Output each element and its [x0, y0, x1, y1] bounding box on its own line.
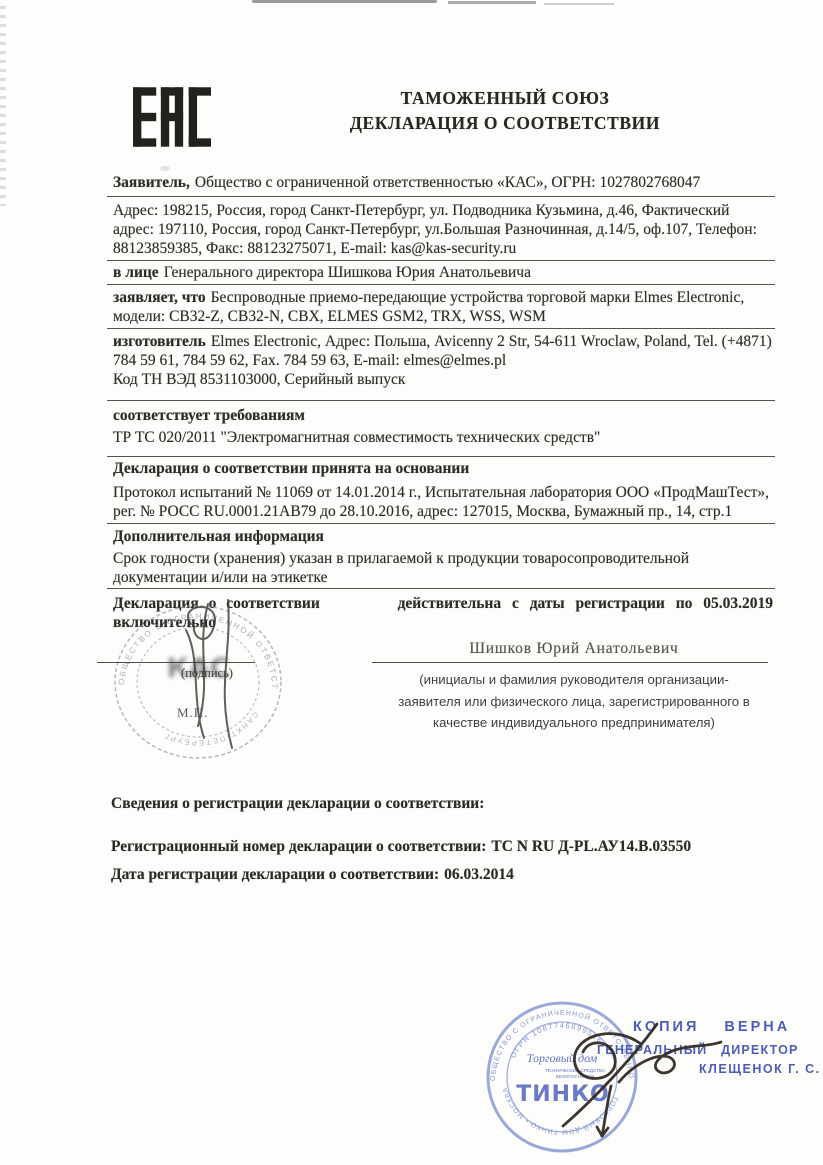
row-address: Адрес: 198215, Россия, город Санкт-Петер… — [107, 197, 775, 261]
row-declares: заявляет, чтоБеспроводные приемо-передаю… — [107, 285, 775, 329]
registration-section: Сведения о регистрации декларации о соот… — [111, 795, 775, 884]
row-additional-info: Дополнительная информация Срок годности … — [107, 524, 775, 589]
signature-note-line3: качестве индивидуального предпринимателя… — [376, 712, 772, 734]
title-line-2: ДЕКЛАРАЦИЯ О СООТВЕТСТВИИ — [235, 111, 775, 136]
eac-logo-icon — [133, 84, 211, 150]
signature-caption: (подпись) — [152, 666, 262, 681]
scan-artifact-top — [448, 1, 536, 4]
declares-label: заявляет, что — [113, 289, 206, 306]
signature-note: (инициалы и фамилия руководителя организ… — [376, 669, 772, 734]
signature-line-left — [97, 662, 255, 663]
director-signature — [545, 1008, 735, 1143]
registration-date-value: 06.03.2014 — [444, 866, 514, 883]
complies-label: соответствует требованиям — [113, 406, 768, 425]
registration-number-label: Регистрационный номер декларации о соотв… — [111, 838, 486, 855]
address-value: Адрес: 198215, Россия, город Санкт-Петер… — [113, 202, 757, 257]
scan-artifact-top — [544, 3, 614, 5]
tn-ved-value: Код ТН ВЭД 8531103000, Серийный выпуск — [113, 370, 773, 389]
additional-info-value: Срок годности (хранения) указан в прилаг… — [113, 549, 773, 587]
registration-date-label: Дата регистрации декларации о соответств… — [111, 866, 439, 883]
title-line-1: ТАМОЖЕННЫЙ СОЮЗ — [235, 86, 775, 111]
signature-note-line1: (инициалы и фамилия руководителя организ… — [376, 669, 772, 691]
row-basis: Декларация о соответствии принята на осн… — [107, 457, 775, 524]
applicant-value: Общество с ограниченной ответственностью… — [195, 174, 700, 191]
registration-number-value: ТС N RU Д-PL.АУ14.В.03550 — [491, 838, 691, 855]
scan-artifact-top — [252, 0, 437, 3]
scan-artifact-left-edge — [0, 6, 6, 206]
signature-note-line2: заявителя или физического лица, зарегист… — [376, 691, 772, 713]
manufacturer-value: Elmes Electronic, Адрес: Польша, Avicenn… — [113, 333, 772, 369]
applicant-label: Заявитель, — [113, 174, 190, 191]
represented-by-value: Генерального директора Шишкова Юрия Анат… — [164, 264, 531, 281]
declares-value: Беспроводные приемо-передающие устройств… — [113, 289, 744, 325]
declaration-table: Заявитель,Общество с ограниченной ответс… — [107, 170, 775, 636]
basis-label: Декларация о соответствии принята на осн… — [113, 459, 768, 478]
registration-heading: Сведения о регистрации декларации о соот… — [111, 795, 775, 813]
complies-value: ТР ТС 020/2011 "Электромагнитная совмест… — [113, 428, 773, 447]
mp-seal-label: М.П. — [177, 705, 208, 721]
document-title: ТАМОЖЕННЫЙ СОЮЗ ДЕКЛАРАЦИЯ О СООТВЕТСТВИ… — [235, 86, 775, 136]
signature-line-right — [372, 662, 768, 663]
registration-date-line: Дата регистрации декларации о соответств… — [111, 866, 775, 884]
row-applicant: Заявитель,Общество с ограниченной ответс… — [107, 170, 775, 197]
row-complies-with: соответствует требованиям ТР ТС 020/2011… — [107, 401, 775, 457]
basis-value: Протокол испытаний № 11069 от 14.01.2014… — [113, 483, 773, 521]
registration-number-line: Регистрационный номер декларации о соотв… — [111, 838, 775, 856]
signatory-name: Шишков Юрий Анатольевич — [378, 640, 770, 658]
row-represented-by: в лицеГенерального директора Шишкова Юри… — [107, 261, 775, 285]
manufacturer-label: изготовитель — [113, 333, 206, 350]
represented-by-label: в лице — [113, 264, 159, 281]
scanned-declaration-page: { "header": { "title_line1": "ТАМОЖЕННЫЙ… — [0, 0, 823, 1165]
row-manufacturer: изготовительElmes Electronic, Адрес: Пол… — [107, 329, 775, 401]
additional-info-label: Дополнительная информация — [113, 527, 768, 546]
validity-right: действительна с даты регистрации по 05.0… — [398, 594, 773, 613]
